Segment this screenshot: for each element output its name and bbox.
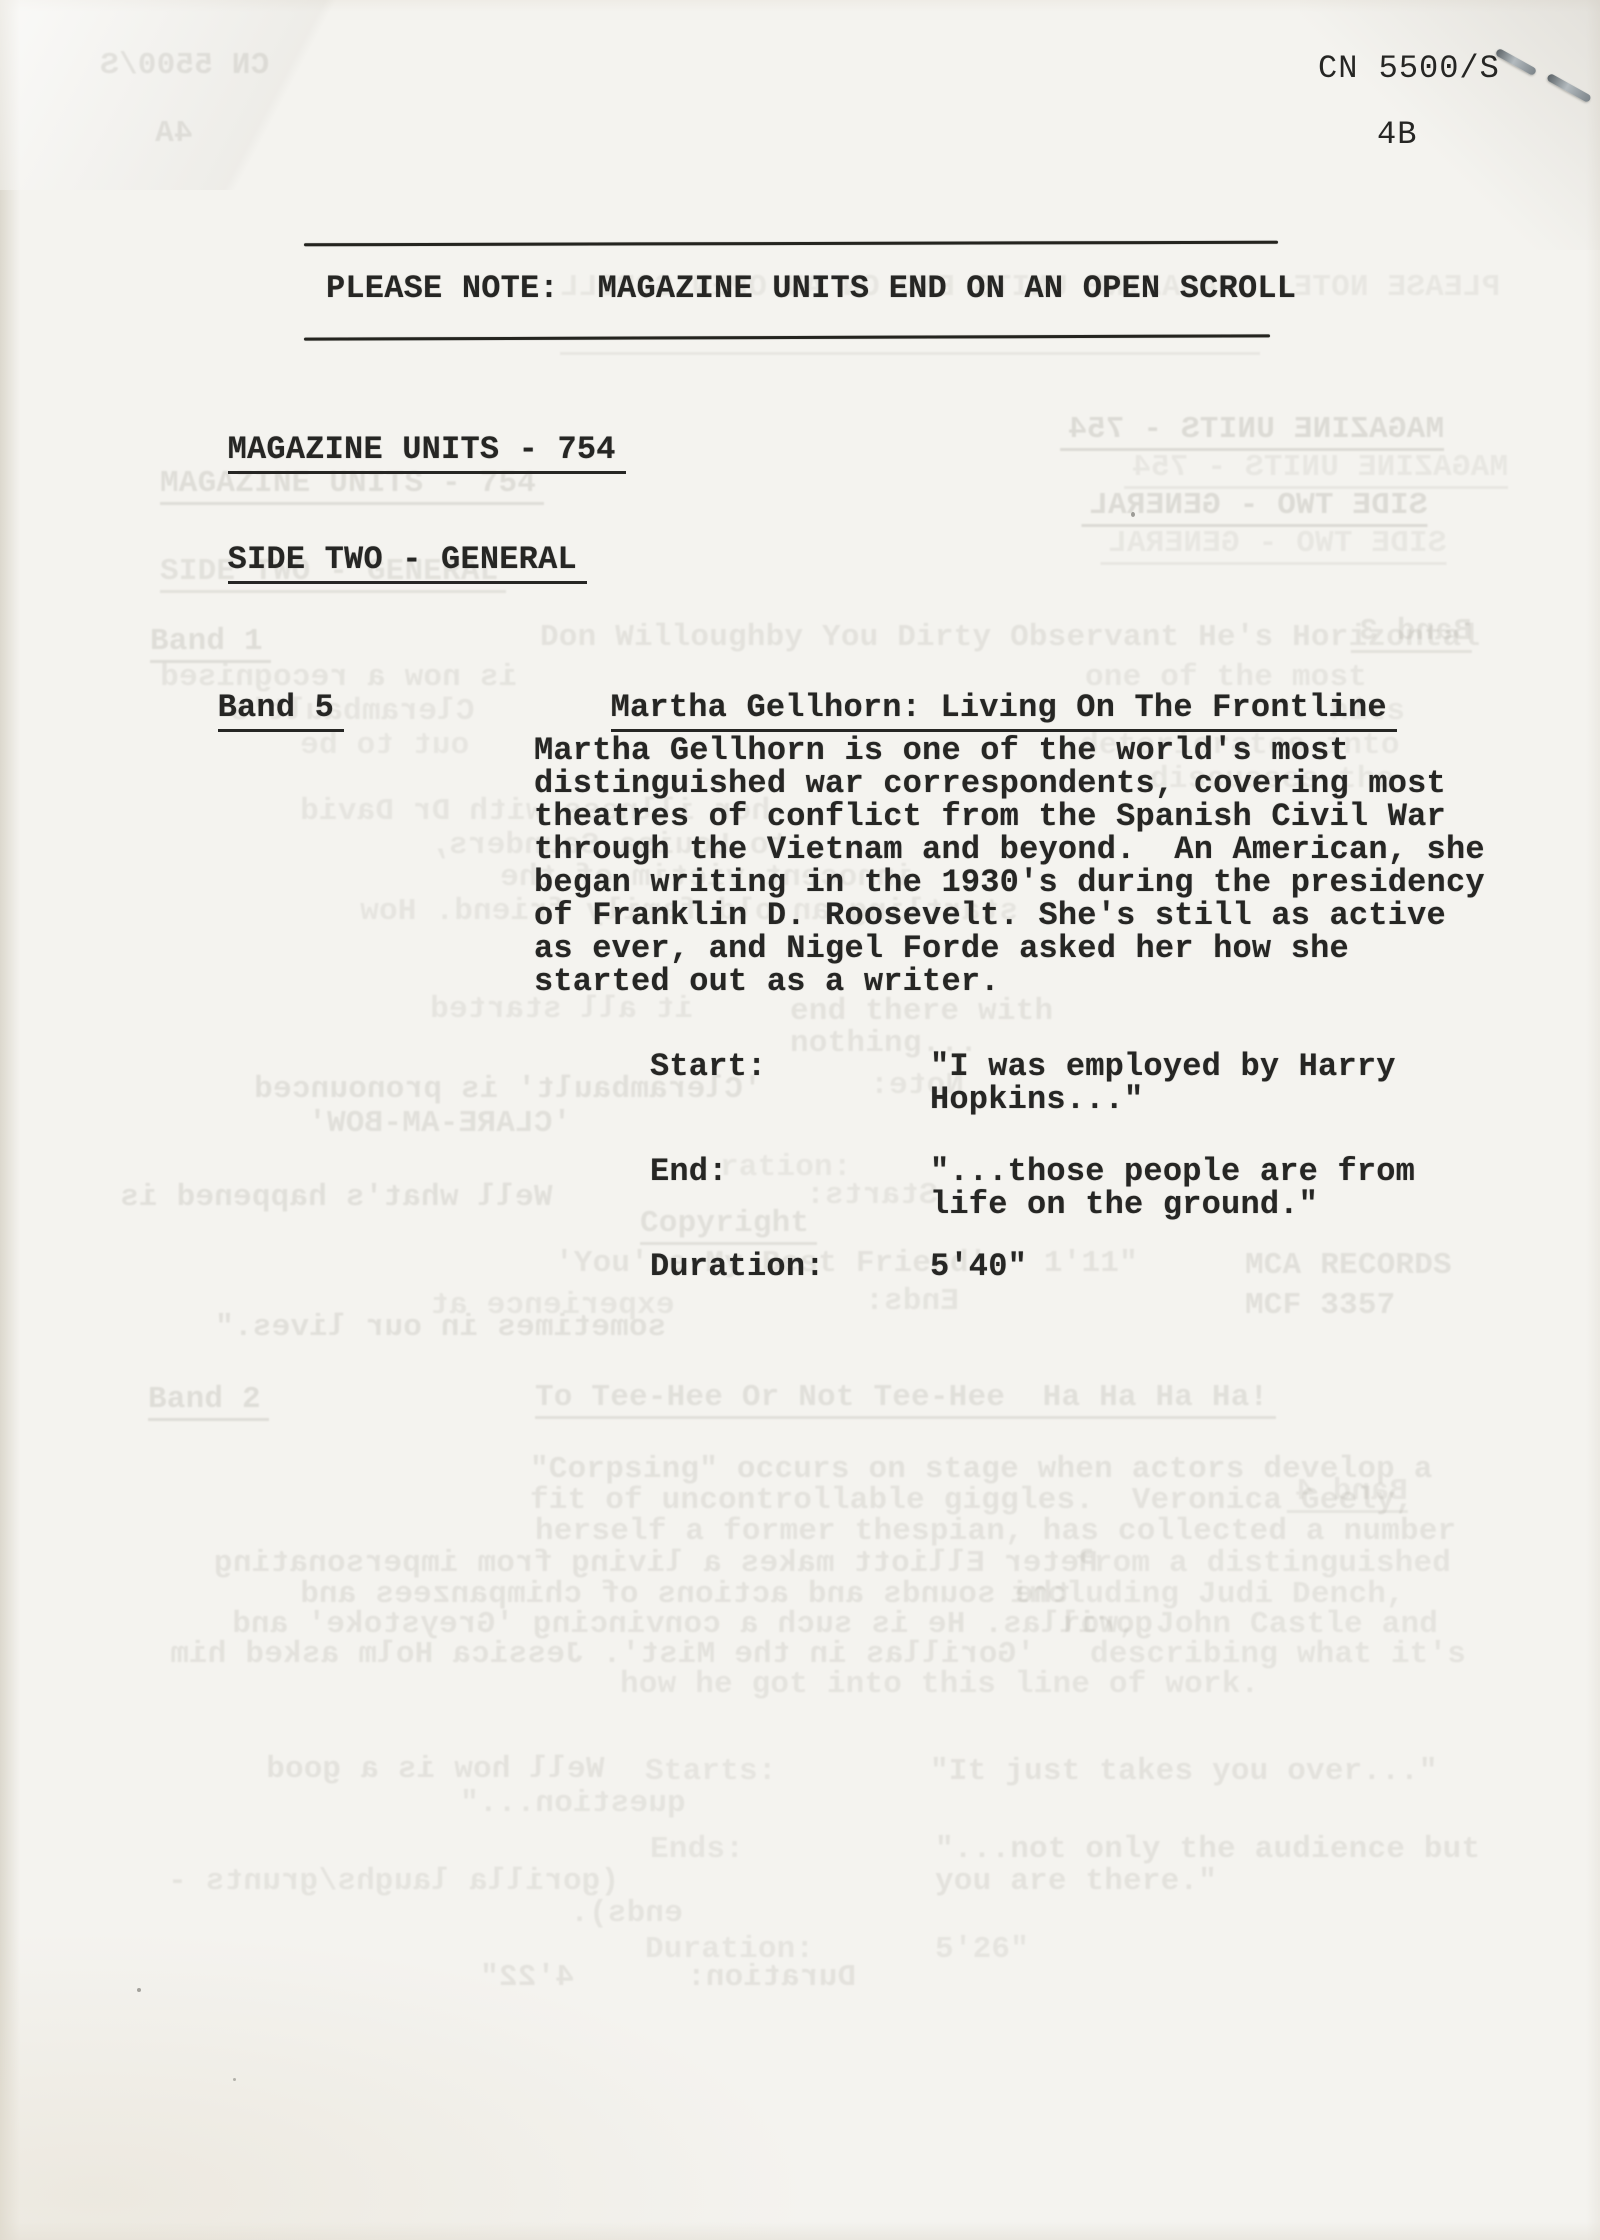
- end-label: End:: [650, 1155, 728, 1188]
- paper-speck: [233, 2078, 236, 2081]
- ghost-text-line: Copyright: [640, 1208, 817, 1245]
- ghost-text-line: To Tee-Hee Or Not Tee-Hee Ha Ha Ha Ha!: [535, 1382, 1276, 1419]
- ghost-text-line: Well how is a good: [266, 1754, 604, 1786]
- document-ref: CN 5500/S: [1318, 52, 1500, 85]
- ghost-text-line: Peter Elliott makes a living from impers…: [214, 1548, 1098, 1580]
- ghost-text-line: MCA RECORDS: [1245, 1250, 1452, 1282]
- ghost-text-line: Band 3: [1351, 616, 1472, 653]
- ghost-text-line: Ends:: [650, 1834, 744, 1866]
- ghost-text-line: Band 4: [1287, 1476, 1408, 1513]
- ghost-text-line: 4A: [155, 118, 193, 150]
- ghost-text-line: MCF 3357: [1245, 1290, 1395, 1322]
- ghost-text-line: fit of uncontrollable giggles. Veronica …: [530, 1485, 1414, 1517]
- ghost-text-line: how he got into this line of work.: [620, 1669, 1259, 1701]
- side-title-text: SIDE TWO - GENERAL: [228, 541, 587, 584]
- start-label: Start:: [650, 1050, 766, 1083]
- band-label: Band 5: [140, 658, 344, 757]
- ghost-text-line: "It just takes you over...": [930, 1756, 1438, 1788]
- ghost-text-line: Ends:: [865, 1286, 959, 1318]
- band-title-text: Martha Gellhorn: Living On The Frontline: [611, 689, 1397, 732]
- corner-fold-shadow: [1300, 0, 1600, 250]
- ghost-text-line: SIDE TWO - GENERAL: [1081, 490, 1427, 527]
- ghost-text-line: MAGAZINE UNITS - 754: [1124, 452, 1508, 489]
- paper-speck: [1131, 512, 1135, 517]
- page-number: 4B: [1377, 118, 1417, 151]
- notice-top-rule: [304, 241, 1278, 247]
- ghost-text-line: Don Willoughby You Dirty Observant He's …: [540, 622, 1480, 654]
- ghost-text-line: SIDE TWO - GENERAL: [1100, 528, 1446, 565]
- band-label-text: Band 5: [218, 689, 344, 732]
- ghost-text-line: Starts:: [806, 1180, 938, 1212]
- ghost-rule: [560, 352, 1260, 355]
- staple-mark: [1546, 73, 1592, 103]
- ghost-text-line: you are there.": [935, 1866, 1217, 1898]
- staple-mark: [1495, 48, 1537, 76]
- ghost-text-line: sometimes in our lives.": [215, 1312, 666, 1344]
- series-title: MAGAZINE UNITS - 754: [150, 400, 626, 499]
- start-quote: "I was employed by Harry Hopkins...": [930, 1050, 1396, 1116]
- ghost-text-line: (gorilla laughs/grunts -: [168, 1866, 619, 1898]
- ghost-text-line: Starts:: [645, 1756, 777, 1788]
- scanned-page: CN 5500/S4APLEASE NOTE: MAGAZINE UNITS E…: [0, 0, 1600, 2240]
- paper-speck: [137, 1988, 141, 1992]
- paper-crease: [0, 0, 460, 190]
- ghost-text-line: CN 5500/S: [100, 50, 269, 82]
- duration-value: 5'40": [930, 1250, 1027, 1283]
- ghost-text-line: MAGAZINE UNITS - 754: [1060, 414, 1444, 451]
- ghost-text-line: 'CLARE-AM-BOW': [308, 1108, 571, 1140]
- ghost-text-line: 'You're My Best Friend' 1'11": [555, 1248, 1138, 1280]
- ghost-text-line: "...not only the audience but: [935, 1834, 1480, 1866]
- ghost-text-line: question...": [460, 1788, 686, 1820]
- end-quote: "...those people are from life on the gr…: [930, 1155, 1415, 1221]
- ghost-text-line: ends).: [570, 1898, 683, 1930]
- ghost-text-line: from a distinguished: [1075, 1548, 1451, 1580]
- duration-label: Duration:: [650, 1250, 825, 1283]
- band-description: Martha Gellhorn is one of the world's mo…: [534, 734, 1485, 998]
- ghost-text-line: Well what's happened is: [120, 1182, 552, 1214]
- ghost-text-line: 5'26": [935, 1934, 1029, 1966]
- ghost-text-line: Duration: 4'22": [480, 1962, 856, 1994]
- ghost-text-line: Band 2: [148, 1384, 269, 1421]
- notice-bottom-rule: [304, 334, 1270, 340]
- notice-text: PLEASE NOTE: MAGAZINE UNITS END ON AN OP…: [326, 272, 1296, 305]
- ghost-text-line: herself a former thespian, has collected…: [535, 1516, 1456, 1548]
- side-title: SIDE TWO - GENERAL: [150, 510, 587, 609]
- ghost-text-line: end there with: [790, 996, 1053, 1028]
- series-title-text: MAGAZINE UNITS - 754: [228, 431, 626, 474]
